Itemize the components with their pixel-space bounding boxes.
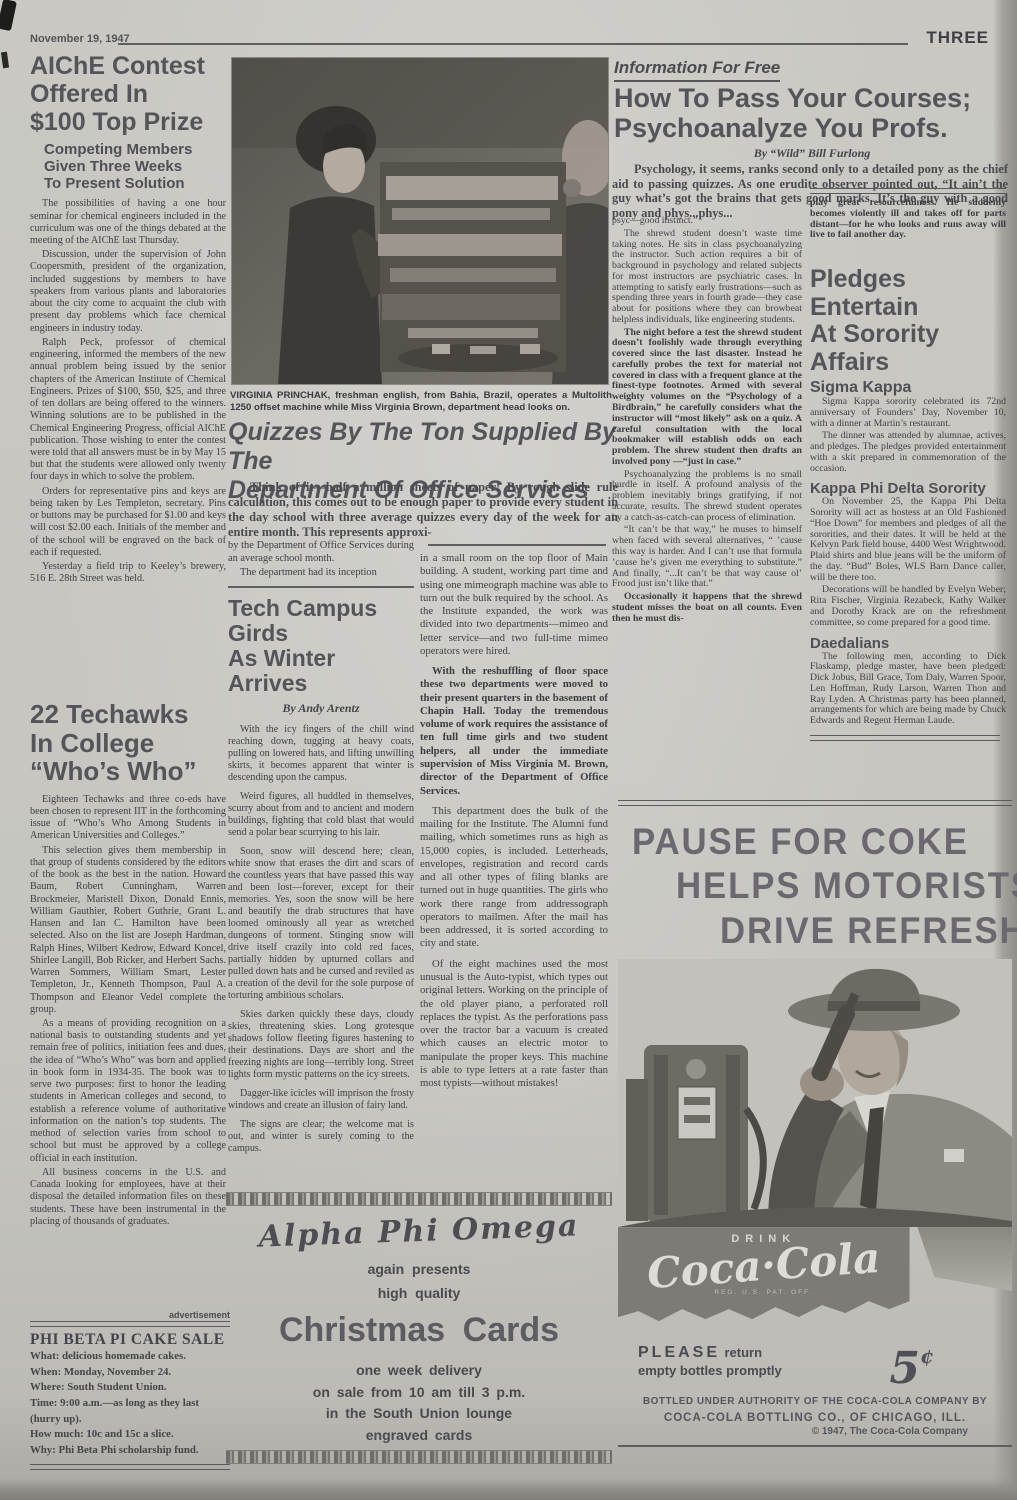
page-date: November 19, 1947	[30, 33, 130, 45]
pledges-title-line: Pledges Entertain	[810, 266, 1006, 321]
quizzes-paragraph: With the reshuffling of floor space thes…	[420, 665, 608, 798]
coke-copyright: © 1947, The Coca-Cola Company	[618, 1426, 1012, 1437]
winter-title-line: Tech Campus Girds	[228, 596, 414, 647]
coke-price-number: 5	[889, 1343, 920, 1394]
cake-sale-line: What: delicious homemade cakes.	[30, 1349, 230, 1365]
pass-byline: By “Wild” Bill Furlong	[614, 146, 1010, 161]
ornament-border-bottom	[226, 1450, 612, 1464]
news-photo	[232, 58, 608, 384]
pass-title-line: How To Pass Your Courses;	[614, 84, 1014, 114]
quizzes-intro: Think of it—half a million sheets of pap…	[228, 480, 618, 540]
pledges-subhead-kappa-phi-delta: Kappa Phi Delta Sorority	[810, 480, 1006, 497]
aiche-subtitle-line: Given Three Weeks	[44, 158, 226, 175]
aiche-paragraph: Yesterday a field trip to Keeley’s brewe…	[30, 561, 226, 585]
apo-org-name: Alpha Phi Omega	[226, 1207, 613, 1255]
aiche-paragraph: Ralph Peck, professor of chemical engine…	[30, 337, 226, 484]
cake-sale-line: When: Monday, November 24.	[30, 1365, 230, 1381]
apo-title: Christmas Cards	[226, 1311, 612, 1350]
coke-headline-line: DRIVE REFRESHED	[720, 909, 994, 953]
pledges-subhead-sigma-kappa: Sigma Kappa	[810, 379, 1006, 397]
coke-bottler-line1: BOTTLED UNDER AUTHORITY OF THE COCA-COLA…	[618, 1396, 1012, 1407]
aiche-paragraph: Orders for representative pins and keys …	[30, 486, 226, 559]
pass-paragraph: The shrewd student doesn’t waste time ta…	[612, 229, 802, 326]
pass-paragraph: psyc—good instinct.”	[612, 216, 802, 227]
article-techawks: 22 Techawks In College “Who’s Who” Eight…	[30, 700, 226, 1230]
winter-paragraph: The signs are clear; the welcome mat is …	[228, 1119, 414, 1155]
cake-sale-title: PHI BETA PI CAKE SALE	[30, 1331, 230, 1349]
coke-price-cent: ¢	[920, 1344, 934, 1368]
photo-caption: VIRGINIA PRINCHAK, freshman english, fro…	[230, 390, 612, 413]
ad-coca-cola: PAUSE FOR COKE HELPS MOTORISTS DRIVE REF…	[618, 800, 1012, 1447]
quizzes-col-b: in a small room on the top floor of Main…	[420, 552, 608, 1097]
pass-paragraph: The night before a test the shrewd stude…	[612, 328, 802, 468]
pass-col-2-rule	[810, 188, 1006, 194]
pledges-paragraph: The dinner was attended by alumnae, acti…	[810, 431, 1006, 474]
apo-line2: high quality	[226, 1285, 612, 1301]
techawks-paragraph: Eighteen Techawks and three co-eds have …	[30, 794, 226, 843]
aiche-paragraph: The possibilities of having a one hour s…	[30, 198, 226, 247]
scan-artifact	[1, 52, 9, 69]
techawks-title-line: In College	[30, 729, 226, 758]
coke-illustration	[618, 959, 1012, 1227]
apo-line1: again presents	[226, 1261, 612, 1277]
aiche-paragraph: Discussion, under the supervision of Joh…	[30, 249, 226, 335]
coke-please-rest: return	[724, 1345, 762, 1360]
cake-sale-rule-top	[30, 1321, 230, 1327]
pass-paragraph: play great resourcefulness. He suddenly …	[810, 198, 1006, 241]
article-winter: Tech Campus Girds As Winter Arrives By A…	[228, 586, 414, 1162]
winter-paragraph: Skies darken quickly these days, cloudy …	[228, 1009, 414, 1081]
coke-please-word: PLEASE	[638, 1344, 720, 1361]
winter-byline: By Andy Arentz	[228, 701, 414, 716]
pass-title: How To Pass Your Courses; Psychoanalyze …	[614, 84, 1014, 143]
cake-sale-line: How much: 10c and 15c a slice.	[30, 1427, 230, 1443]
ad-alpha-phi-omega: Alpha Phi Omega again presents high qual…	[226, 1214, 612, 1447]
quizzes-title-line: Quizzes By The Ton Supplied By The	[228, 418, 620, 476]
pass-paragraph: “It can’t be that way,” he muses to hims…	[612, 525, 802, 590]
coke-rule-top	[618, 800, 1012, 806]
aiche-subtitle-line: To Present Solution	[44, 175, 226, 192]
cake-sale-line: Time: 9:00 a.m.—as long as they last (hu…	[30, 1396, 230, 1427]
aiche-subtitle-line: Competing Members	[44, 141, 226, 158]
quizzes-paragraph: The department had its inception	[228, 567, 414, 580]
techawks-paragraph: All business concerns in the U.S. and Ca…	[30, 1167, 226, 1228]
pass-col-1: psyc—good instinct.” The shrewd student …	[612, 216, 802, 626]
apo-detail-line: one week delivery	[226, 1360, 612, 1382]
coke-logo-band: DRINK Coca·Cola REG. U.S. PAT. OFF.	[618, 1227, 910, 1327]
cake-sale-line: Why: Phi Beta Phi scholarship fund.	[30, 1443, 230, 1459]
aiche-title-line: Offered In	[30, 80, 226, 108]
quizzes-paragraph: This department does the bulk of the mai…	[420, 805, 608, 951]
quizzes-col-b-rule	[428, 544, 606, 546]
apo-detail-line: engraved cards	[226, 1425, 612, 1447]
cake-sale-rule-bottom	[30, 1464, 230, 1470]
winter-paragraph: Weird figures, all huddled in themselves…	[228, 791, 414, 839]
winter-rule	[228, 586, 414, 588]
techawks-title-line: 22 Techawks	[30, 700, 226, 729]
coke-man-coat	[917, 1227, 1012, 1291]
advertisement-label: advertisement	[30, 1310, 230, 1320]
winter-title-line: As Winter Arrives	[228, 646, 414, 697]
ornament-border-top	[226, 1192, 612, 1206]
newspaper-page: November 19, 1947 THREE AIChE Contest Of…	[0, 0, 1017, 1500]
coke-rule-bottom	[618, 1445, 1012, 1447]
pledges-rule-bottom	[810, 735, 1000, 741]
coke-headline-line: PAUSE FOR COKE	[632, 820, 989, 864]
pass-title-line: Psychoanalyze You Profs.	[614, 114, 1014, 144]
pledges-paragraph: Sigma Kappa sorority celebrated its 72nd…	[810, 397, 1006, 429]
news-photo-illustration	[232, 58, 608, 384]
coke-please-line2: empty bottles promptly	[638, 1363, 782, 1379]
winter-paragraph: With the icy fingers of the chill wind r…	[228, 724, 414, 784]
pledges-subhead-daedalians: Daedalians	[810, 635, 1006, 652]
quizzes-col-a: by the Department of Office Services dur…	[228, 540, 414, 582]
cake-sale-line: Where: South Student Union.	[30, 1380, 230, 1396]
pledges-paragraph: The following men, according to Dick Fla…	[810, 652, 1006, 727]
pass-kicker: Information For Free	[614, 58, 780, 82]
header-rule	[118, 43, 908, 45]
pass-paragraph: Psychoanalyzing the problems is no small…	[612, 470, 802, 524]
winter-paragraph: Dagger-like icicles will imprison the fr…	[228, 1088, 414, 1112]
quizzes-paragraph: by the Department of Office Services dur…	[228, 540, 414, 565]
techawks-title-line: “Who’s Who”	[30, 757, 226, 786]
aiche-title-line: AIChE Contest	[30, 52, 226, 80]
coke-price: 5¢	[889, 1343, 934, 1394]
apo-detail-line: in the South Union lounge	[226, 1403, 612, 1425]
pledges-paragraph: Decorations will be handled by Evelyn We…	[810, 585, 1006, 628]
coke-bottler-line2: COCA-COLA BOTTLING CO., OF CHICAGO, ILL.	[618, 1412, 1012, 1424]
winter-paragraph: Soon, snow will descend here; clean, whi…	[228, 846, 414, 1002]
ad-cake-sale: advertisement PHI BETA PI CAKE SALE What…	[30, 1310, 230, 1470]
pledges-title-line: At Sorority Affairs	[810, 321, 1006, 376]
pass-paragraph: Occasionally it happens that the shrewd …	[612, 592, 802, 624]
quizzes-paragraph: in a small room on the top floor of Main…	[420, 552, 608, 658]
aiche-title-line: $100 Top Prize	[30, 108, 226, 136]
article-aiche: AIChE Contest Offered In $100 Top Prize …	[30, 52, 226, 588]
scan-artifact	[0, 0, 17, 31]
techawks-paragraph: As a means of providing recognition on a…	[30, 1018, 226, 1165]
apo-detail-line: on sale from 10 am till 3 p.m.	[226, 1382, 612, 1404]
page-number: THREE	[926, 28, 989, 48]
coke-headline-line: HELPS MOTORISTS	[676, 864, 992, 908]
scan-edge-bottom	[0, 1478, 1017, 1500]
pass-col-2: play great resourcefulness. He suddenly …	[810, 198, 1006, 243]
pledges-paragraph: On November 25, the Kappa Phi Delta Soro…	[810, 497, 1006, 583]
techawks-paragraph: This selection gives them membership in …	[30, 845, 226, 1016]
quizzes-paragraph: Of the eight machines used the most unus…	[420, 958, 608, 1091]
article-pledges: Pledges Entertain At Sorority Affairs Si…	[810, 266, 1006, 741]
